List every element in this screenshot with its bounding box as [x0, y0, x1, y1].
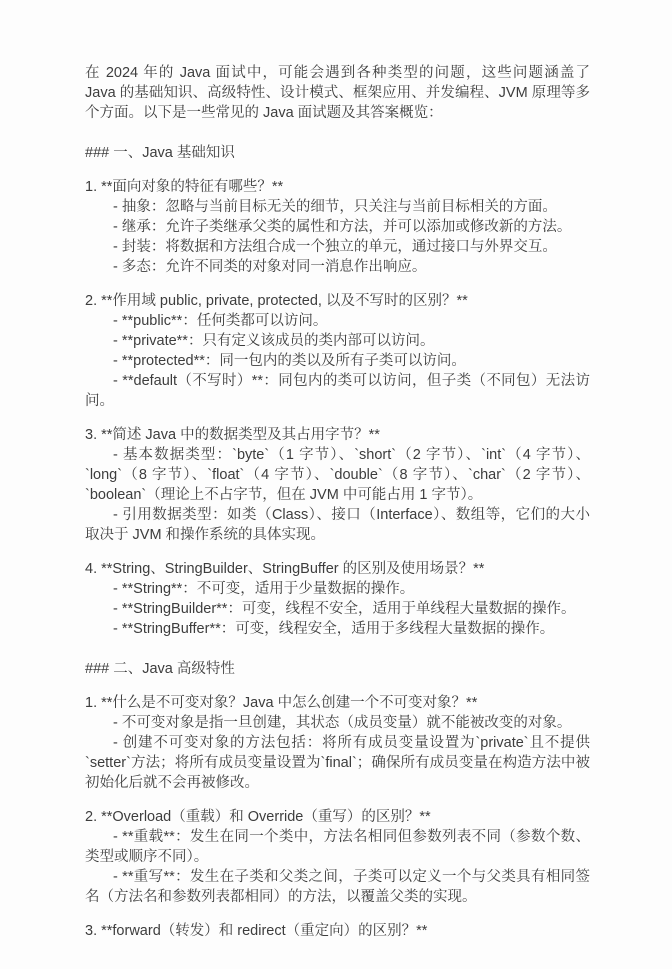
qa-item: 2. **作用域 public, private, protected, 以及不…	[85, 291, 590, 411]
answer-bullet: - 封装：将数据和方法组合成一个独立的单元，通过接口与外界交互。	[85, 237, 590, 257]
answer-bullet: - 创建不可变对象的方法包括：将所有成员变量设置为`private`且不提供`s…	[85, 733, 590, 793]
answer-bullet: - **重载**：发生在同一个类中，方法名相同但参数列表不同（参数个数、类型或顺…	[85, 827, 590, 867]
answer-bullet: - 基本数据类型：`byte`（1 字节）、`short`（2 字节）、`int…	[85, 445, 590, 505]
answer-bullet: - **重写**：发生在子类和父类之间，子类可以定义一个与父类具有相同签名（方法…	[85, 867, 590, 907]
question-title: 3. **简述 Java 中的数据类型及其占用字节？**	[85, 425, 590, 445]
section-heading: ### 一、Java 基础知识	[85, 143, 590, 163]
answer-bullet: - 继承：允许子类继承父类的属性和方法，并可以添加或修改新的方法。	[85, 217, 590, 237]
answer-bullet: - 引用数据类型：如类（Class）、接口（Interface）、数组等，它们的…	[85, 505, 590, 545]
answer-bullet: - **protected**：同一包内的类以及所有子类可以访问。	[85, 351, 590, 371]
document-page: 在 2024 年的 Java 面试中，可能会遇到各种类型的问题，这些问题涵盖了 …	[0, 0, 672, 969]
question-title: 1. **面向对象的特征有哪些？**	[85, 177, 590, 197]
answer-bullet: - **private**：只有定义该成员的类内部可以访问。	[85, 331, 590, 351]
qa-item: 1. **面向对象的特征有哪些？**- 抽象：忽略与当前目标无关的细节，只关注与…	[85, 177, 590, 277]
qa-item: 4. **String、StringBuilder、StringBuffer 的…	[85, 559, 590, 639]
answer-bullet: - 多态：允许不同类的对象对同一消息作出响应。	[85, 257, 590, 277]
answer-bullet: - **StringBuilder**：可变，线程不安全，适用于单线程大量数据的…	[85, 599, 590, 619]
question-title: 4. **String、StringBuilder、StringBuffer 的…	[85, 559, 590, 579]
qa-item: 3. **简述 Java 中的数据类型及其占用字节？**- 基本数据类型：`by…	[85, 425, 590, 545]
question-title: 3. **forward（转发）和 redirect（重定向）的区别？**	[85, 921, 590, 941]
answer-bullet: - **StringBuffer**：可变，线程安全，适用于多线程大量数据的操作…	[85, 619, 590, 639]
qa-item: 3. **forward（转发）和 redirect（重定向）的区别？**	[85, 921, 590, 941]
question-title: 2. **作用域 public, private, protected, 以及不…	[85, 291, 590, 311]
qa-item: 2. **Overload（重载）和 Override（重写）的区别？**- *…	[85, 807, 590, 907]
answer-bullet: - 不可变对象是指一旦创建，其状态（成员变量）就不能被改变的对象。	[85, 713, 590, 733]
intro-paragraph: 在 2024 年的 Java 面试中，可能会遇到各种类型的问题，这些问题涵盖了 …	[85, 63, 590, 123]
section-heading: ### 二、Java 高级特性	[85, 659, 590, 679]
answer-bullet: - **String**：不可变，适用于少量数据的操作。	[85, 579, 590, 599]
answer-bullet: - **default（不写时）**：同包内的类可以访问，但子类（不同包）无法访…	[85, 371, 590, 411]
answer-bullet: - **public**：任何类都可以访问。	[85, 311, 590, 331]
sections-container: ### 一、Java 基础知识1. **面向对象的特征有哪些？**- 抽象：忽略…	[85, 143, 590, 941]
answer-bullet: - 抽象：忽略与当前目标无关的细节，只关注与当前目标相关的方面。	[85, 197, 590, 217]
question-title: 1. **什么是不可变对象？Java 中怎么创建一个不可变对象？**	[85, 693, 590, 713]
qa-item: 1. **什么是不可变对象？Java 中怎么创建一个不可变对象？**- 不可变对…	[85, 693, 590, 793]
question-title: 2. **Overload（重载）和 Override（重写）的区别？**	[85, 807, 590, 827]
